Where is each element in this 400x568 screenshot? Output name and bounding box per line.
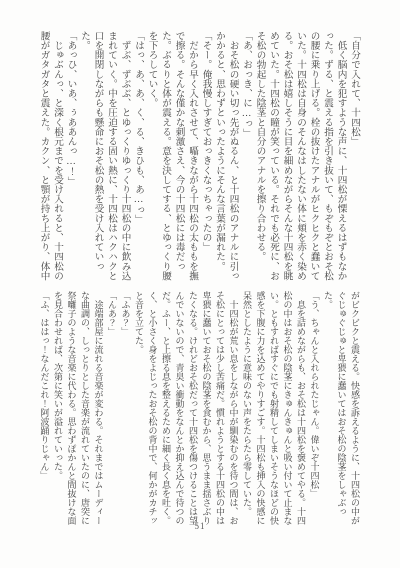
book-page: 「自分で入れて、十四松」 低く脳内を犯すような声に、十四松が慄えるはずもなかった… <box>0 0 400 568</box>
narrative-paragraph: 途端部屋に流れる音楽が変わる。それまではムーディーな曲調の、しっとりとした音楽が… <box>51 291 105 527</box>
page-number: 51 <box>0 521 400 531</box>
narrative-paragraph: ずぶ、ずぶぶ、とゆっくりゆっくり十四松の中に飲み込まれていく。中を圧迫する固い熱… <box>78 31 132 283</box>
dialogue-line: 「あ、おっき、に…っ」 <box>240 31 254 283</box>
narrative-paragraph: 息を詰めながらも、おそ松は十四松を褒めてやる。十四松の中はおそ松の陰茎にきゅんき… <box>240 291 308 527</box>
dialogue-line: 「んあ？」 <box>105 291 119 527</box>
dialogue-line: 「あっひ、いあ、ぅああんっ…！」 <box>64 31 78 283</box>
narrative-paragraph: じゅぶんっ、と深く根元までを受け入れると、十四松の腰がガタガタと震えた。カクン、… <box>37 31 64 283</box>
text-band-lower: がビクビクと震える。快感を訴えるように、十四松の中がぐじゅぐじゅと卑猥に蠢いては… <box>45 291 361 527</box>
narrative-paragraph: 十四松が荒い息をしながら中が馴染むのを待つ間は、おそ松にとっては少し苦痛だ。慣れ… <box>132 291 240 527</box>
dialogue-line: 「ふあ？」 <box>118 291 132 527</box>
dialogue-line: 「はっ、あ、あ、く、る、きひも、あ…っ」 <box>132 31 146 283</box>
narrative-paragraph: おそ松の硬い切っ先がぬるん、と十四松のアナルに引っかかると、思わずといったように… <box>213 31 240 283</box>
text-band-upper: 「自分で入れて、十四松」 低く脳内を犯すような声に、十四松が慄えるはずもなかった… <box>45 31 361 283</box>
narrative-paragraph: 低く脳内を犯すような声に、十四松が慄えるはずもなかった。ずる、と震える指を引き抜… <box>253 31 348 283</box>
dialogue-line: 「う、ちゃんと入れられたじゃん。偉いぞ十四松」 <box>307 291 321 527</box>
dialogue-line: 「自分で入れて、十四松」 <box>348 31 362 283</box>
dialogue-line: 「そー。俺我慢しすぎておっきくなっちゃったの」 <box>199 31 213 283</box>
narrative-paragraph: がビクビクと震える。快感を訴えるように、十四松の中がぐじゅぐじゅと卑猥に蠢いては… <box>321 291 362 527</box>
dialogue-line: 「ふ、ははっ！なんだこれ！阿波踊りじゃん」 <box>37 291 51 527</box>
narrative-paragraph: だから早く入れさせて、囁きながら十四松の太ももを撫で擦る。そんな僅かな刺激さえ、… <box>145 31 199 283</box>
